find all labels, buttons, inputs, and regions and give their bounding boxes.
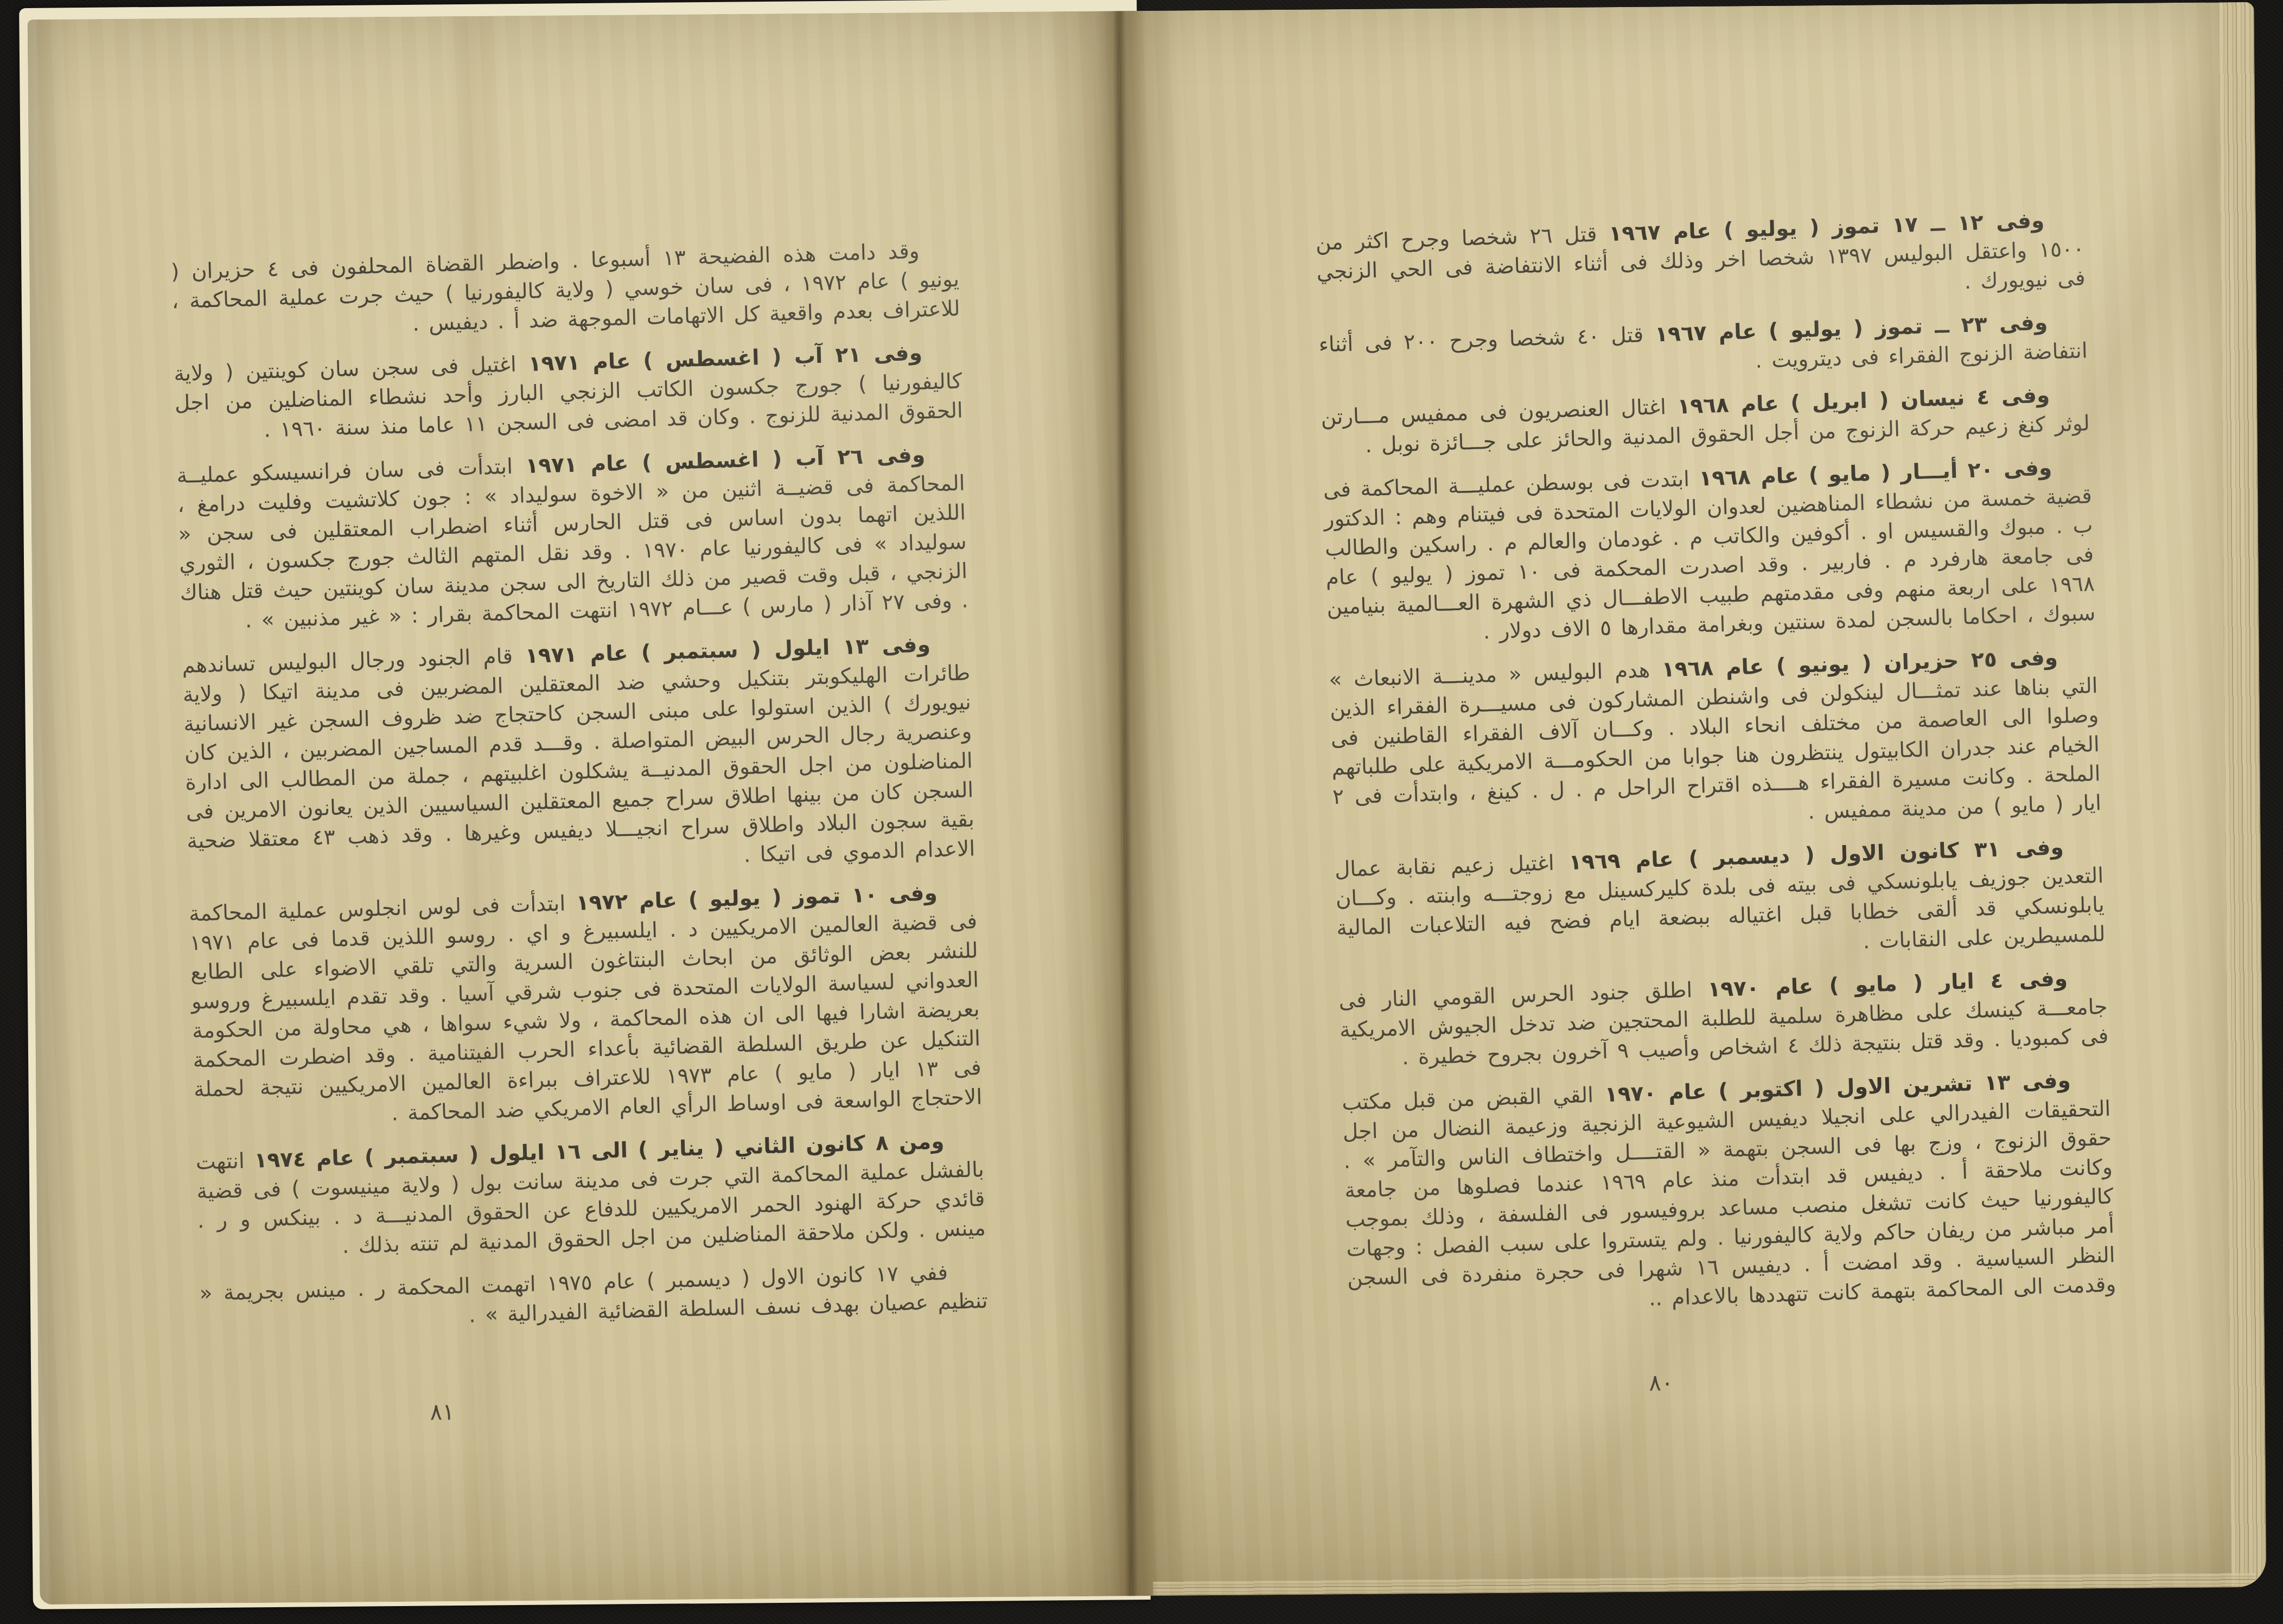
page-81-text-block: وقد دامت هذه الفضيحة ١٣ أسبوعا . واضطر ا… <box>170 236 989 1352</box>
page-stack-edge-right <box>2219 2 2266 1587</box>
paragraph: وفى ٤ ايار ( مايو ) عام ١٩٧٠ اطلق جنود ا… <box>1338 963 2109 1075</box>
paragraph-body: وقد دامت هذه الفضيحة ١٣ أسبوعا . واضطر ا… <box>170 239 960 336</box>
paragraph: وفى ٤ نيسان ( ابريل ) عام ١٩٦٨ اغتال الع… <box>1321 380 2090 462</box>
paragraph-date-lead: وفى ٢١ آب ( اغسطس ) عام ١٩٧١ <box>528 341 922 376</box>
paragraph: وفى ١٣ ايلول ( سبتمبر ) عام ١٩٧١ قام الج… <box>182 629 975 885</box>
paragraph-body: ففي ١٧ كانون الاول ( ديسمبر ) عام ١٩٧٥ ا… <box>199 1261 988 1328</box>
page-number-80: ٨٠ <box>1649 1369 1674 1396</box>
paragraph: وفى ٢١ آب ( اغسطس ) عام ١٩٧١ اغتيل فى سج… <box>174 338 964 447</box>
paragraph-date-lead: وفى ٢٦ آب ( اغسطس ) عام ١٩٧١ <box>525 443 926 479</box>
open-book: وقد دامت هذه الفضيحة ١٣ أسبوعا . واضطر ا… <box>28 2 2267 1604</box>
paragraph: وفى ١٣ تشرين الاول ( اكتوبر ) عام ١٩٧٠ ا… <box>1341 1065 2116 1323</box>
paragraph: وفى ١٢ ــ ١٧ تموز ( يوليو ) عام ١٩٦٧ قتل… <box>1315 205 2086 316</box>
paragraph-date-lead: وفى ٤ نيسان ( ابريل ) عام ١٩٦٨ <box>1677 383 2050 419</box>
paragraph-body: قام الجنود ورجال البوليس تساندهم طائرات … <box>182 644 975 867</box>
paragraph: وفى ١٠ تموز ( يوليو ) عام ١٩٧٢ ابتدأت فى… <box>188 878 982 1134</box>
page-80-text-block: وفى ١٢ ــ ١٧ تموز ( يوليو ) عام ١٩٦٧ قتل… <box>1315 205 2117 1337</box>
page-81: وقد دامت هذه الفضيحة ١٣ أسبوعا . واضطر ا… <box>28 11 1132 1604</box>
paragraph-date-lead: وفى ١٠ تموز ( يوليو ) عام ١٩٧٢ <box>576 881 938 916</box>
paragraph: وفى ٢٠ أيـــار ( مايو ) عام ١٩٦٨ ابتدت ف… <box>1323 452 2096 651</box>
paragraph: وفى ٢٣ ــ تموز ( يوليو ) عام ١٩٦٧ قتل ٤٠… <box>1318 307 2088 389</box>
paragraph: وفى ٣١ كانون الاول ( ديسمبر ) عام ١٩٦٩ ا… <box>1334 832 2106 973</box>
paragraph-body: ابتدت فى بوسطن عمليـــة المحاكمة فى قضية… <box>1323 466 2096 644</box>
paragraph-body: هدم البوليس « مدينـــة الانبعاث » التي ب… <box>1329 658 2102 824</box>
paragraph-date-lead: وفى ١٣ ايلول ( سبتمبر ) عام ١٩٧١ <box>525 632 931 668</box>
paragraph-body: ابتدأت فى سان فرانسيسكو عمليــة المحاكمة… <box>176 454 968 633</box>
page-stack-edge-bottom <box>1153 1573 2255 1596</box>
paragraph: ففي ١٧ كانون الاول ( ديسمبر ) عام ١٩٧٥ ا… <box>199 1257 988 1338</box>
paragraph: وفى ٢٦ آب ( اغسطس ) عام ١٩٧١ ابتدأت فى س… <box>176 440 968 637</box>
paragraph-body: القي القبض من قبل مكتب التحقيقات الفيدرا… <box>1342 1083 2116 1311</box>
paragraph: وفى ٢٥ حزيران ( يونيو ) عام ١٩٦٨ هدم الب… <box>1329 642 2102 841</box>
paragraph-date-lead: وفى ٤ ايار ( مايو ) عام ١٩٧٠ <box>1707 967 2068 1002</box>
page-80: وفى ١٢ ــ ١٧ تموز ( يوليو ) عام ١٩٦٧ قتل… <box>1119 2 2267 1596</box>
paragraph-date-lead: وفى ٢٠ أيـــار ( مايو ) عام ١٩٦٨ <box>1699 456 2052 491</box>
page-number-81: ٨١ <box>430 1398 455 1425</box>
paragraph: ومن ٨ كانون الثاني ( يناير ) الى ١٦ ايلو… <box>195 1126 986 1265</box>
paragraph-body: ابتدأت فى لوس انجلوس عملية المحاكمة فى ق… <box>189 891 983 1126</box>
paragraph: وقد دامت هذه الفضيحة ١٣ أسبوعا . واضطر ا… <box>170 236 960 346</box>
photo-background: وقد دامت هذه الفضيحة ١٣ أسبوعا . واضطر ا… <box>0 0 2283 1624</box>
